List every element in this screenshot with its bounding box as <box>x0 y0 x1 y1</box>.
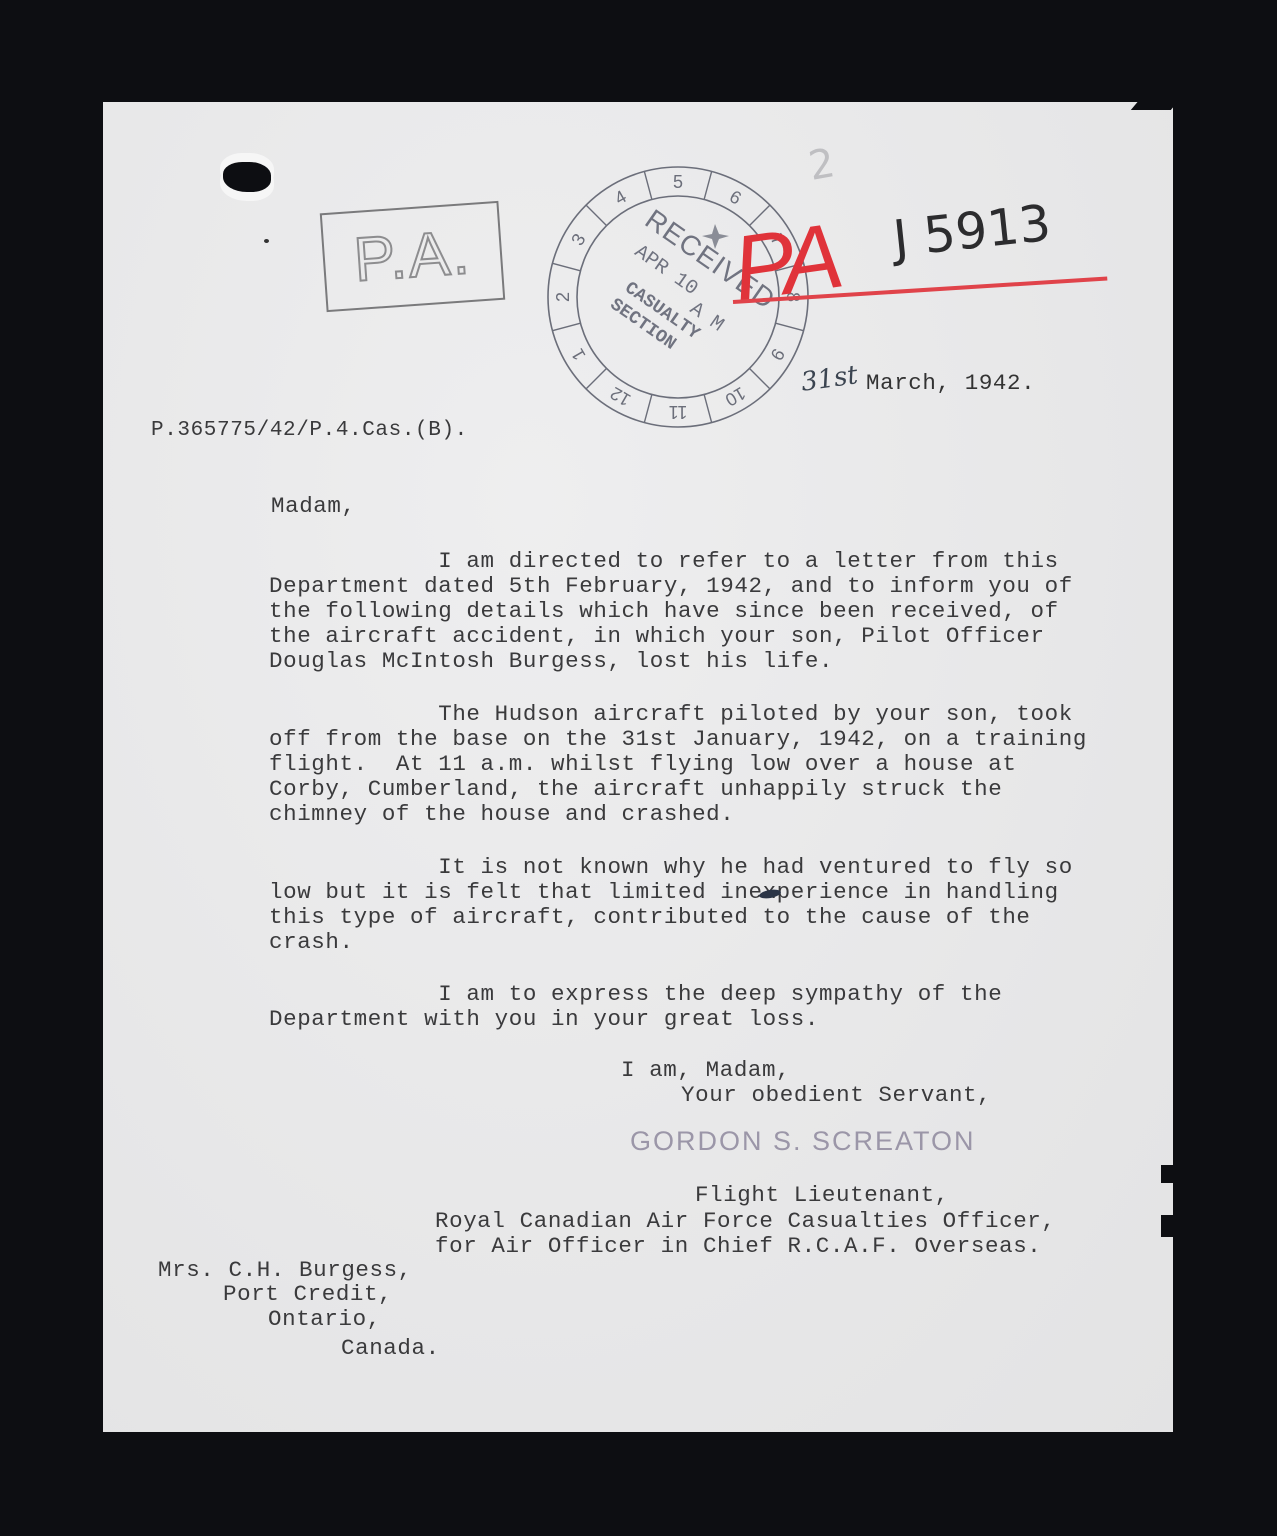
punch-hole <box>223 162 271 192</box>
stamp-ring-number: 2 <box>553 292 573 302</box>
addressee-line-3: Ontario, <box>268 1306 381 1332</box>
text-line: Department with you in your great loss. <box>269 1006 819 1032</box>
signature-stamp: GORDON S. SCREATON <box>630 1126 976 1157</box>
text-line: low but it is felt that limited inexperi… <box>269 879 1059 905</box>
closing-line-2: Your obedient Servant, <box>681 1082 991 1108</box>
text-line: Corby, Cumberland, the aircraft unhappil… <box>269 776 1002 802</box>
signatory-for: for Air Officer in Chief R.C.A.F. Overse… <box>435 1233 1041 1259</box>
signatory-rank: Flight Lieutenant, <box>695 1182 949 1208</box>
letter-page: 2 P.A. 5 <box>103 102 1173 1432</box>
handwritten-reference: J 5913 <box>890 194 1053 268</box>
pa-stamp-text: P.A. <box>352 217 474 296</box>
text-line: off from the base on the 31st January, 1… <box>269 726 1087 752</box>
stamp-ring-number: 1 <box>567 345 589 364</box>
text-line: It is not known why he had ventured to f… <box>269 854 1073 880</box>
edge-notch <box>1161 1165 1175 1183</box>
stamp-ring-number: 12 <box>607 383 634 410</box>
text-line: Douglas McIntosh Burgess, lost his life. <box>269 648 833 674</box>
text-line: crash. <box>269 929 354 955</box>
paper-tear <box>1131 100 1179 110</box>
stamp-ring-number: 10 <box>722 383 749 410</box>
handwritten-day: 31st <box>799 360 859 398</box>
closing-line-1: I am, Madam, <box>621 1057 790 1083</box>
addressee-line-2: Port Credit, <box>223 1281 392 1307</box>
text-line: the following details which have since b… <box>269 598 1059 624</box>
edge-notch <box>1161 1215 1175 1237</box>
stamp-ring-number: 4 <box>611 186 630 208</box>
stamp-ring-number: 6 <box>726 186 745 208</box>
stamp-ring-number: 9 <box>766 345 788 364</box>
addressee-name: Mrs. C.H. Burgess, <box>158 1257 412 1283</box>
pa-stamp-box: P.A. <box>320 201 505 312</box>
salutation: Madam, <box>271 493 356 519</box>
letter-date: March, 1942. <box>866 370 1035 396</box>
ink-dot <box>264 239 269 243</box>
text-line: this type of aircraft, contributed to th… <box>269 904 1031 930</box>
text-line: I am directed to refer to a letter from … <box>269 548 1059 574</box>
text-line: I am to express the deep sympathy of the <box>269 981 1002 1007</box>
stamp-ring-number: 3 <box>567 230 589 249</box>
stamp-ring-number: 5 <box>673 172 683 192</box>
text-line: flight. At 11 a.m. whilst flying low ove… <box>269 751 1016 777</box>
text-line: Department dated 5th February, 1942, and… <box>269 573 1073 599</box>
text-line: The Hudson aircraft piloted by your son,… <box>269 701 1073 727</box>
text-line: the aircraft accident, in which your son… <box>269 623 1045 649</box>
addressee-line-4: Canada. <box>341 1335 440 1361</box>
reference-number: P.365775/42/P.4.Cas.(B). <box>151 419 468 442</box>
text-line: chimney of the house and crashed. <box>269 801 734 827</box>
signatory-title: Royal Canadian Air Force Casualties Offi… <box>435 1208 1056 1234</box>
stamp-ring-number: 11 <box>669 402 688 422</box>
